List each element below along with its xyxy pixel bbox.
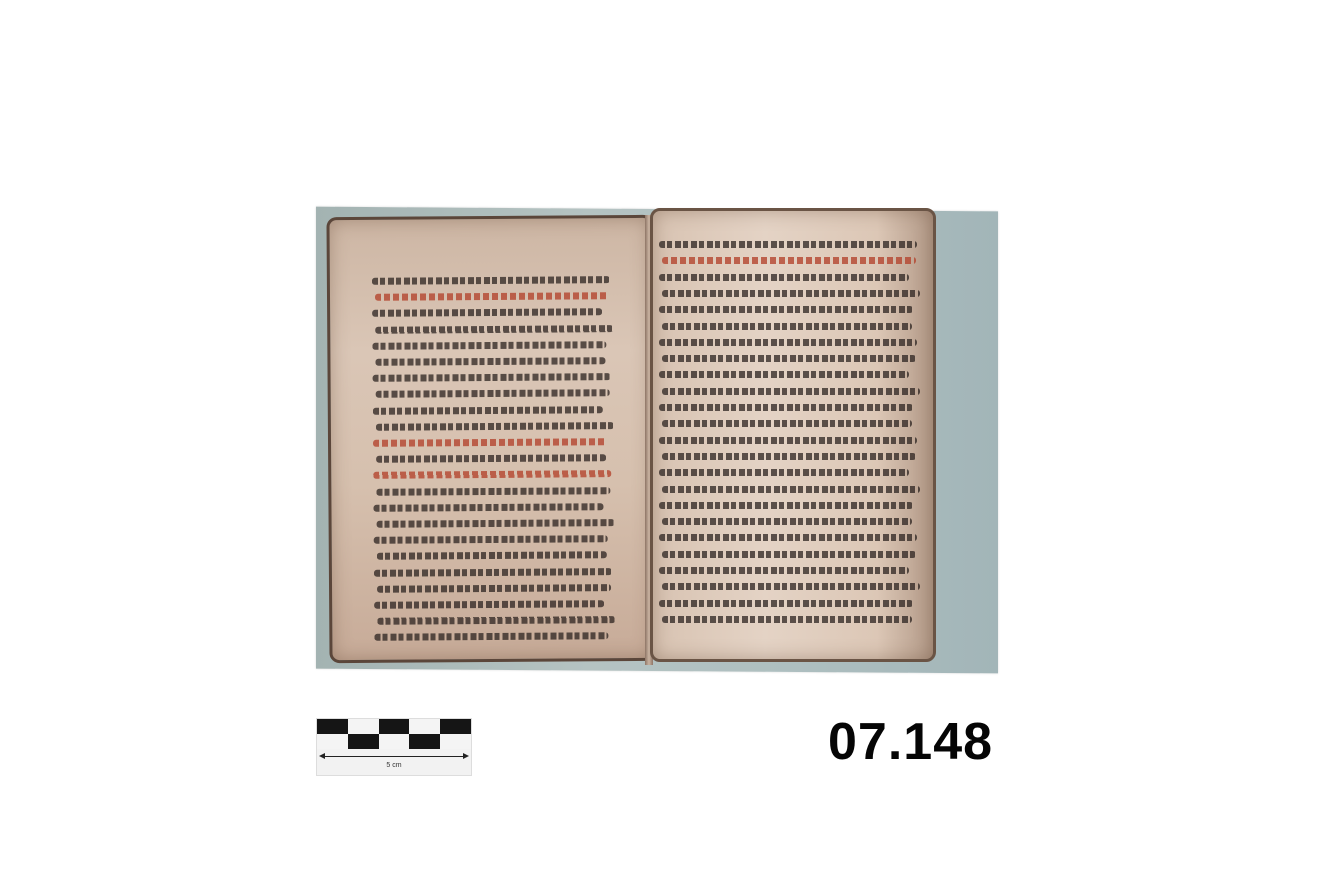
text-line <box>662 323 912 330</box>
text-line <box>376 487 610 496</box>
text-line <box>662 616 912 623</box>
text-line <box>659 371 909 378</box>
text-line <box>375 357 605 366</box>
text-line <box>377 519 615 528</box>
text-line <box>659 241 917 248</box>
text-line <box>372 341 606 350</box>
text-line <box>377 616 615 625</box>
text-line <box>662 453 916 460</box>
text-line <box>662 583 920 590</box>
text-line <box>659 339 917 346</box>
text-line <box>659 274 909 281</box>
scale-cell <box>379 719 410 734</box>
text-line <box>372 276 610 285</box>
text-line <box>659 437 917 444</box>
text-line <box>373 406 603 415</box>
text-line <box>662 257 916 264</box>
text-line <box>662 486 920 493</box>
text-line <box>662 355 916 362</box>
text-line <box>377 552 607 561</box>
scale-cell <box>379 734 410 749</box>
text-line <box>662 420 912 427</box>
text-line <box>373 471 611 480</box>
text-line <box>662 551 916 558</box>
scale-cell <box>409 734 440 749</box>
text-line <box>374 633 608 642</box>
text-line <box>375 292 609 301</box>
text-line <box>662 290 920 297</box>
text-line <box>662 388 920 395</box>
text-line <box>659 469 909 476</box>
text-line <box>659 502 913 509</box>
left-page-text <box>329 218 652 660</box>
scale-label: 5 cm <box>317 762 471 769</box>
scale-cell <box>440 719 471 734</box>
text-line <box>377 584 611 593</box>
scale-cell <box>317 719 348 734</box>
text-line <box>374 535 608 544</box>
text-line <box>374 600 604 609</box>
text-line <box>372 309 602 318</box>
manuscript-right-page <box>650 208 936 662</box>
text-line <box>659 404 913 411</box>
text-line <box>376 390 610 399</box>
scale-arrow-icon <box>321 756 467 757</box>
text-line <box>375 325 613 334</box>
text-line <box>662 518 912 525</box>
text-line <box>373 373 611 382</box>
scale-bar: 5 cm <box>316 718 472 776</box>
text-line <box>659 567 909 574</box>
manuscript-left-page <box>326 215 655 663</box>
text-line <box>659 600 913 607</box>
scale-cell <box>440 734 471 749</box>
scale-cell <box>409 719 440 734</box>
scale-cell <box>317 734 348 749</box>
text-line <box>376 454 606 463</box>
scale-cell <box>348 734 379 749</box>
text-line <box>376 422 614 431</box>
text-line <box>659 534 917 541</box>
catalog-number: 07.148 <box>828 712 993 772</box>
text-line <box>373 503 603 512</box>
right-page-text <box>653 211 933 659</box>
scale-cell <box>348 719 379 734</box>
text-line <box>659 306 913 313</box>
text-line <box>374 568 612 577</box>
text-line <box>373 438 607 447</box>
